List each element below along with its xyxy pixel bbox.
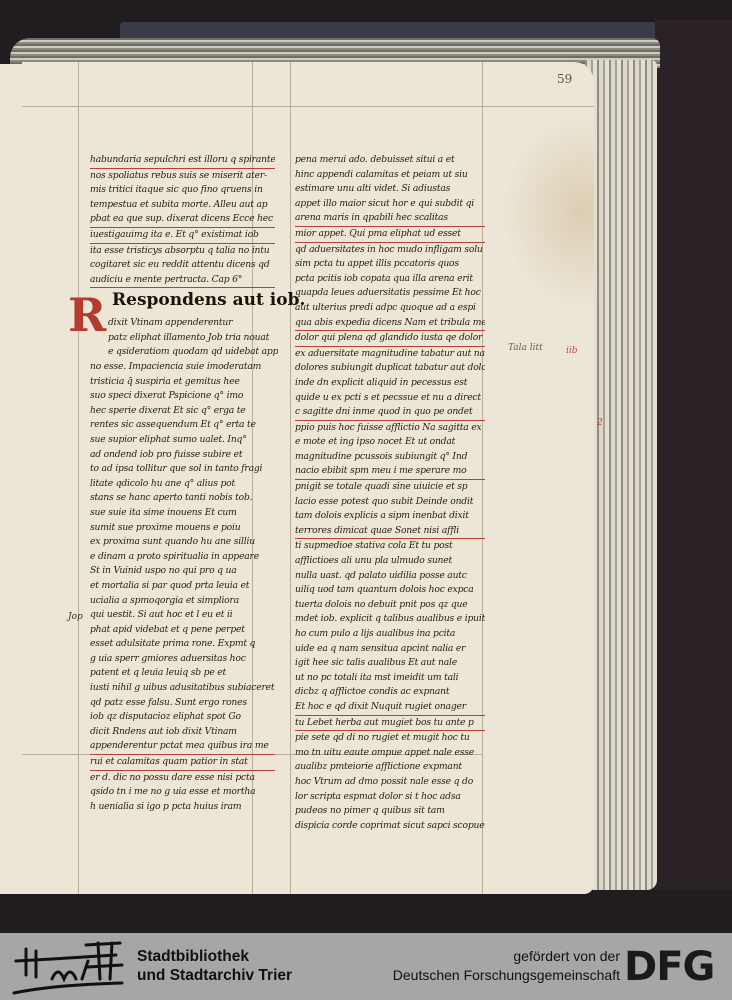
text-line: sue suie ita sime inouens Et cum bbox=[90, 506, 275, 521]
text-line: ppio puis hoc fuisse afflictio Na sagitt… bbox=[295, 421, 485, 436]
ruling-line bbox=[290, 62, 291, 894]
text-line: tu Lebet herba aut mugiet bos tu ante p bbox=[295, 716, 485, 732]
text-line: St in Vuinid uspo no qui pro q ua bbox=[90, 564, 275, 579]
footer-bar: Stadtbibliothek und Stadtarchiv Trier ge… bbox=[0, 933, 732, 1000]
text-line: afflictioes ali unu pla ulmudo sunet bbox=[295, 554, 485, 569]
text-line: qui uestit. Si aut hoc et l eu et ii bbox=[90, 608, 275, 623]
margin-note-brown: Tala litt bbox=[508, 343, 543, 353]
text-line: patent et q leuia leuiq sb pe et bbox=[90, 666, 275, 681]
text-line: mis tritici itaque sic quo fino qruens i… bbox=[90, 183, 275, 198]
rubricated-initial: R bbox=[68, 292, 106, 338]
text-line: no esse. Impaciencia suie imoderatam bbox=[90, 360, 275, 375]
page-edges-right bbox=[585, 60, 657, 890]
text-line: sumit sue proxime mouens e poiu bbox=[90, 521, 275, 536]
text-line: dolores subiungit duplicat tabatur aut d… bbox=[295, 361, 485, 376]
text-line: mior appet. Qui pma eliphat ud esset bbox=[295, 227, 485, 243]
text-line: iuestigauimg ita e. Et q° existimat iob bbox=[90, 228, 275, 244]
text-line: to ad ipsa tollitur que sol in tanto fra… bbox=[90, 462, 275, 477]
text-line: esset adulsitate prima rone. Expmt q bbox=[90, 637, 275, 652]
left-column-body: dixit Vtinam appenderentur patz eliphat … bbox=[108, 316, 278, 360]
text-line: igit hee sic talis aualibus Et aut nale bbox=[295, 656, 485, 671]
text-line: ex proxima sunt quando hu ane silliu bbox=[90, 535, 275, 550]
dfg-logo: DFG bbox=[624, 947, 714, 987]
text-line: dixit Vtinam appenderentur bbox=[108, 316, 278, 331]
text-line: e dinam a proto spiritualia in appeare bbox=[90, 550, 275, 565]
text-line: dolor qui plena qd glandido iusta qe dol… bbox=[295, 331, 485, 347]
text-line: et mortalia si par quod prta leuia et bbox=[90, 579, 275, 594]
text-line: dicit Rndens aut iob dixit Vtinam bbox=[90, 725, 275, 740]
text-line: ti supmedioe stativa cola Et tu post bbox=[295, 539, 485, 554]
text-line: uiliq uod tam quantum dolois hoc expca bbox=[295, 583, 485, 598]
text-line: ad ondend iob pro fuisse subire et bbox=[90, 448, 275, 463]
text-line: magnitudine pcussois subiungit q° Ind bbox=[295, 450, 485, 465]
text-line: iusti nihil g uibus adusitatibus subiace… bbox=[90, 681, 275, 696]
text-line: pnigit se totale quadi sine uiuicie et s… bbox=[295, 480, 485, 495]
text-line: dicbz q afflictoe condis ac expnant bbox=[295, 685, 485, 700]
trier-library-logo-icon bbox=[12, 939, 124, 995]
text-line: ucialia a spmoqorgia et simpliora bbox=[90, 594, 275, 609]
text-line: inde dn explicit aliquid in pecessus est bbox=[295, 376, 485, 391]
text-line: h uenialia si igo p pcta huius iram bbox=[90, 800, 275, 815]
funding-statement: gefördert von der Deutschen Forschungsge… bbox=[393, 947, 620, 985]
text-line: cogitaret sic eu reddit attentu dicens q… bbox=[90, 258, 275, 273]
text-line: pcta pcitis iob copata qua illa arena er… bbox=[295, 272, 485, 287]
text-line: ho cum pulo a lijs aualibus ina pcita bbox=[295, 627, 485, 642]
text-line: qua abis expedia dicens Nam et tribula m… bbox=[295, 316, 485, 332]
text-line: mdet iob. explicit q talibus aualibus e … bbox=[295, 612, 485, 627]
text-line: uide ea q nam sensitua apcint nalia er bbox=[295, 642, 485, 657]
ruling-line bbox=[78, 62, 79, 894]
text-line: c sagitte dni inme quod in quo pe ondet bbox=[295, 405, 485, 421]
text-line: mo tn uitu eaute ompue appet nale esse bbox=[295, 746, 485, 761]
text-line: ut no pc totali ita mst imeidit um tali bbox=[295, 671, 485, 686]
text-line: quide u ex pcti s et pecssue et nu a dir… bbox=[295, 391, 485, 406]
text-line: stans se hanc aperto tanti nobis tob. bbox=[90, 491, 275, 506]
text-line: hoc Vtrum ad dmo possit nale esse q do bbox=[295, 775, 485, 790]
text-line: tristicia q̃ suspiria et gemitus hee bbox=[90, 375, 275, 390]
text-line: estimare unu alti videt. Si adiustas bbox=[295, 182, 485, 197]
text-line: qd aduersitates in hoc mudo infligam sol… bbox=[295, 243, 485, 258]
text-line: terrores dimicat quae Sonet nisi affli bbox=[295, 524, 485, 540]
text-line: ita esse tristicys absorptu q talia no i… bbox=[90, 244, 275, 259]
text-line: rentes sic assequendum Et q° erta te bbox=[90, 418, 275, 433]
text-line: phat apid videbat et q pene perpet bbox=[90, 623, 275, 638]
text-line: aualibz pmteiorie afflictione expmant bbox=[295, 760, 485, 775]
text-line: er d. dic no possu dare esse nisi pcta bbox=[90, 771, 275, 786]
text-line: dispicia corde coprimat sicut sapci scop… bbox=[295, 819, 485, 834]
text-line: nos spoliatus rebus suis se miserit ater… bbox=[90, 169, 275, 184]
manuscript-scan: 59 habundaria sepulchri est illoru q spi… bbox=[0, 0, 732, 933]
right-column: pena merui ado. debuisset situi a et hin… bbox=[295, 153, 485, 833]
library-name-line1: Stadtbibliothek bbox=[137, 947, 292, 966]
funding-line1: gefördert von der bbox=[393, 947, 620, 966]
margin-note-red: iib bbox=[566, 346, 578, 356]
text-line: pena merui ado. debuisset situi a et bbox=[295, 153, 485, 168]
section-heading: Respondens aut iob. bbox=[112, 290, 305, 310]
left-column-top: habundaria sepulchri est illoru q spiran… bbox=[90, 153, 275, 288]
book-cover-right bbox=[655, 20, 732, 890]
text-line: hec sperie dixerat Et sic q° erga te bbox=[90, 404, 275, 419]
text-line: pbat ea que sup. dixerat dicens Ecce hec… bbox=[90, 212, 275, 228]
text-line: aut ulterius predi adpc quoque ad a espi bbox=[295, 301, 485, 316]
text-line: audiciu e mente pertracta. Cap 6° bbox=[90, 273, 275, 289]
text-line: patz eliphat illamento Job tria nouat bbox=[108, 331, 278, 346]
text-line: nulla uast. qd palato uidilia posse autc bbox=[295, 569, 485, 584]
text-line: tam dolois explicis a sipm inenbat dixit bbox=[295, 509, 485, 524]
text-line: pie sete qd di no rugiet et mugit hoc tu bbox=[295, 731, 485, 746]
text-line: suo speci dixerat Pspicione q° imo bbox=[90, 389, 275, 404]
text-line: lor scripta espmat dolor si t hoc adsa bbox=[295, 790, 485, 805]
funding-line2: Deutschen Forschungsgemeinschaft bbox=[393, 966, 620, 985]
text-line: rui et calamitas quam patior in stat bbox=[90, 755, 275, 771]
text-line: lacio esse potest quo subit Deinde ondit bbox=[295, 495, 485, 510]
text-line: e qsideratiom quodam qd uidebat appare bbox=[108, 345, 278, 360]
library-name: Stadtbibliothek und Stadtarchiv Trier bbox=[137, 947, 292, 985]
text-line: appenderentur pctat mea quibus ira me bbox=[90, 739, 275, 755]
library-name-line2: und Stadtarchiv Trier bbox=[137, 966, 292, 985]
margin-note-red-2: 2 bbox=[597, 418, 603, 428]
folio-number: 59 bbox=[557, 72, 572, 86]
text-line: g uia sperr gmiores aduersitas hoc bbox=[90, 652, 275, 667]
text-line: Et hoc e qd dixit Nuquit rugiet onager bbox=[295, 700, 485, 716]
text-line: habundaria sepulchri est illoru q spiran… bbox=[90, 153, 275, 169]
text-line: qsido tn i me no g uia esse et mortha bbox=[90, 785, 275, 800]
text-line: qd patz esse falsu. Sunt ergo rones bbox=[90, 696, 275, 711]
facing-page-edge bbox=[0, 64, 23, 894]
text-line: tempestua et subita morte. Alleu aut ap bbox=[90, 198, 275, 213]
text-line: arena maris in qpabili hec scalitas bbox=[295, 211, 485, 227]
text-line: quapda leues aduersitatis pessime Et hoc bbox=[295, 286, 485, 301]
text-line: sue supior eliphat sumo ualet. Inq° bbox=[90, 433, 275, 448]
text-line: litate qdicolo hu ane q° alius pot bbox=[90, 477, 275, 492]
left-column-body-2: no esse. Impaciencia suie imoderatam tri… bbox=[90, 360, 275, 814]
text-line: appet illo maior sicut hor e qui subdit … bbox=[295, 197, 485, 212]
text-line: tuerta dolois no debuit pnit pos qz que bbox=[295, 598, 485, 613]
text-line: pudeos no pimer q quibus sit tam bbox=[295, 804, 485, 819]
text-line: hinc appendi calamitas et peiam ut siu bbox=[295, 168, 485, 183]
text-line: sim pcta tu appet illis pccatoris quos bbox=[295, 257, 485, 272]
text-line: ex aduersitate magnitudine tabatur aut n… bbox=[295, 347, 485, 362]
text-line: e mote et ing ipso nocet Et ut ondat bbox=[295, 435, 485, 450]
margin-note-left: Jop bbox=[68, 612, 83, 622]
text-line: nacio ebibit spm meu i me sperare mo bbox=[295, 464, 485, 480]
text-line: iob qz disputacioz eliphat spot Go bbox=[90, 710, 275, 725]
ruling-line bbox=[22, 106, 594, 107]
